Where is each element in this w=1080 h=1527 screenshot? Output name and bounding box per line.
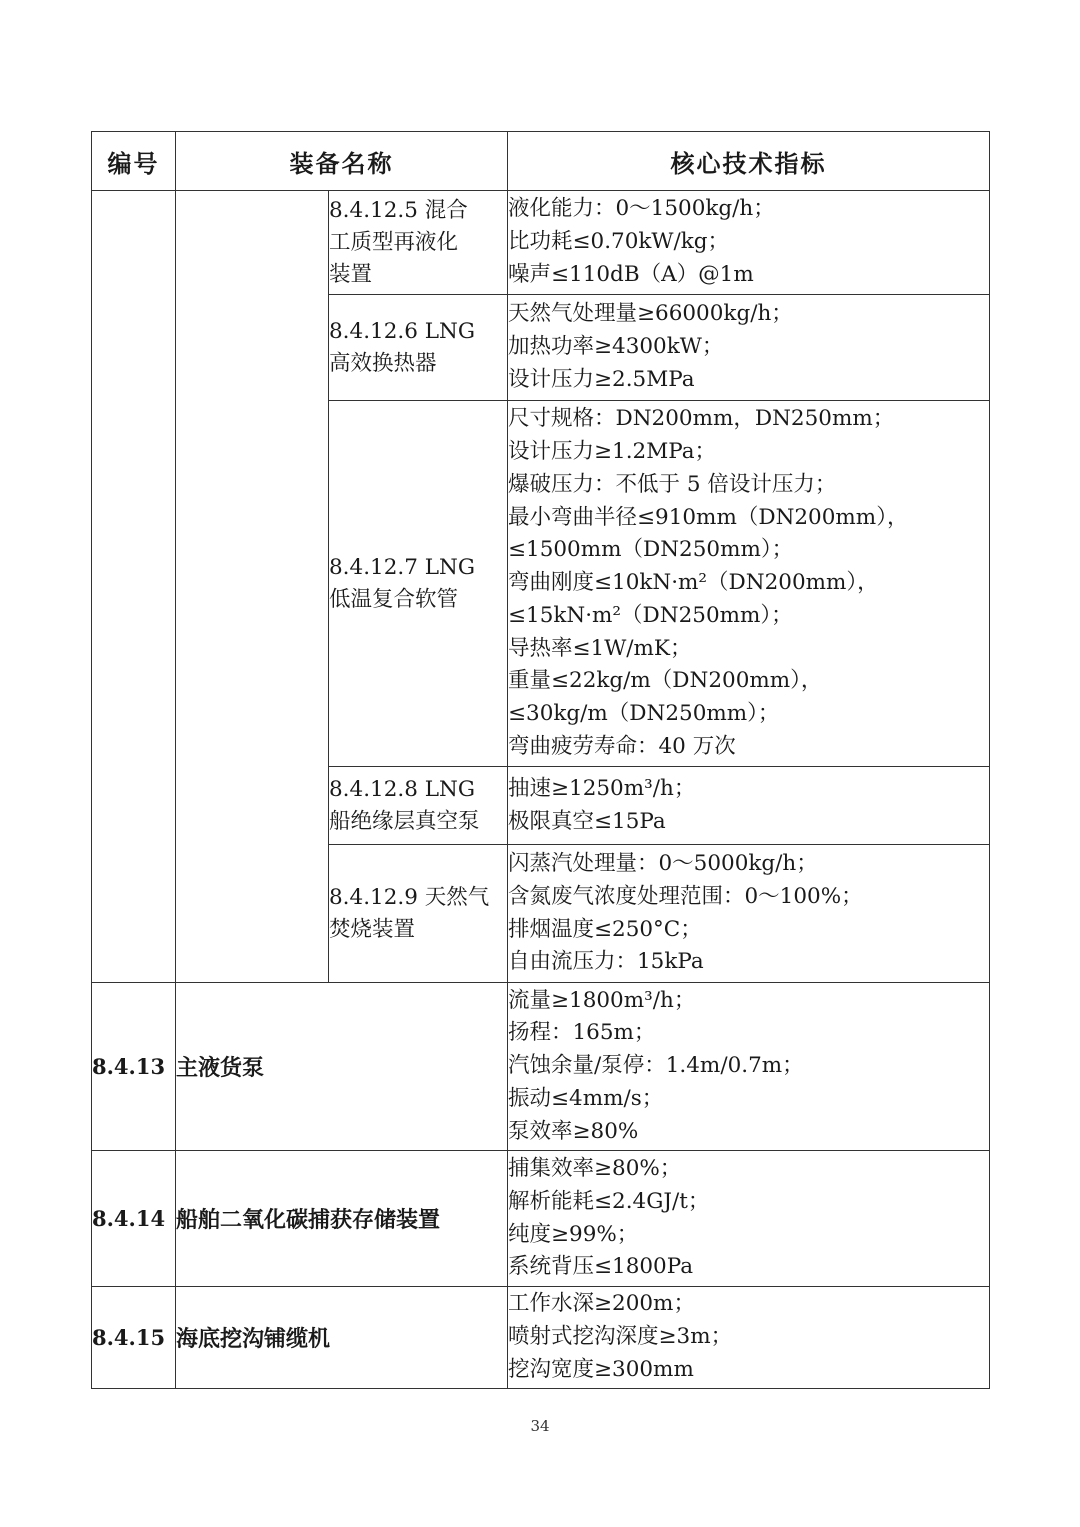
sub-item-name: 8.4.12.9 天然气 焚烧装置 (329, 845, 508, 983)
header-number: 编号 (92, 132, 176, 191)
table-row: 8.4.12.5 混合 工质型再液化 装置 液化能力：0～1500kg/h； 比… (92, 191, 990, 295)
header-equipment-name: 装备名称 (176, 132, 508, 191)
item-number: 8.4.13 (92, 983, 176, 1151)
item-name: 船舶二氧化碳捕获存储装置 (176, 1151, 508, 1287)
table-row: 8.4.13 主液货泵 流量≥1800m³/h； 扬程：165m； 汽蚀余量/泵… (92, 983, 990, 1151)
item-number: 8.4.15 (92, 1287, 176, 1389)
equipment-spec-table: 编号 装备名称 核心技术指标 8.4.12.5 混合 工质型再液化 装置 液化能… (91, 131, 990, 1389)
indicator-cell: 流量≥1800m³/h； 扬程：165m； 汽蚀余量/泵停：1.4m/0.7m；… (508, 983, 990, 1151)
sub-item-name: 8.4.12.5 混合 工质型再液化 装置 (329, 191, 508, 295)
indicator-cell: 尺寸规格：DN200mm，DN250mm； 设计压力≥1.2MPa； 爆破压力：… (508, 401, 990, 767)
document-page: 编号 装备名称 核心技术指标 8.4.12.5 混合 工质型再液化 装置 液化能… (0, 0, 1080, 1527)
indicator-cell: 抽速≥1250m³/h； 极限真空≤15Pa (508, 767, 990, 845)
item-name: 海底挖沟铺缆机 (176, 1287, 508, 1389)
indicator-cell: 工作水深≥200m； 喷射式挖沟深度≥3m； 挖沟宽度≥300mm (508, 1287, 990, 1389)
item-name: 主液货泵 (176, 983, 508, 1151)
group-number-cell (92, 191, 176, 983)
group-name-cell (176, 191, 329, 983)
sub-item-name: 8.4.12.7 LNG 低温复合软管 (329, 401, 508, 767)
table-row: 8.4.15 海底挖沟铺缆机 工作水深≥200m； 喷射式挖沟深度≥3m； 挖沟… (92, 1287, 990, 1389)
sub-item-name: 8.4.12.8 LNG 船绝缘层真空泵 (329, 767, 508, 845)
indicator-cell: 天然气处理量≥66000kg/h； 加热功率≥4300kW； 设计压力≥2.5M… (508, 295, 990, 401)
sub-item-name: 8.4.12.6 LNG 高效换热器 (329, 295, 508, 401)
item-number: 8.4.14 (92, 1151, 176, 1287)
table-row: 8.4.14 船舶二氧化碳捕获存储装置 捕集效率≥80%； 解析能耗≤2.4GJ… (92, 1151, 990, 1287)
indicator-cell: 捕集效率≥80%； 解析能耗≤2.4GJ/t； 纯度≥99%； 系统背压≤180… (508, 1151, 990, 1287)
header-core-indicators: 核心技术指标 (508, 132, 990, 191)
page-number: 34 (0, 1417, 1080, 1435)
table-header-row: 编号 装备名称 核心技术指标 (92, 132, 990, 191)
indicator-cell: 液化能力：0～1500kg/h； 比功耗≤0.70kW/kg； 噪声≤110dB… (508, 191, 990, 295)
indicator-cell: 闪蒸汽处理量：0～5000kg/h； 含氮废气浓度处理范围：0～100%； 排烟… (508, 845, 990, 983)
